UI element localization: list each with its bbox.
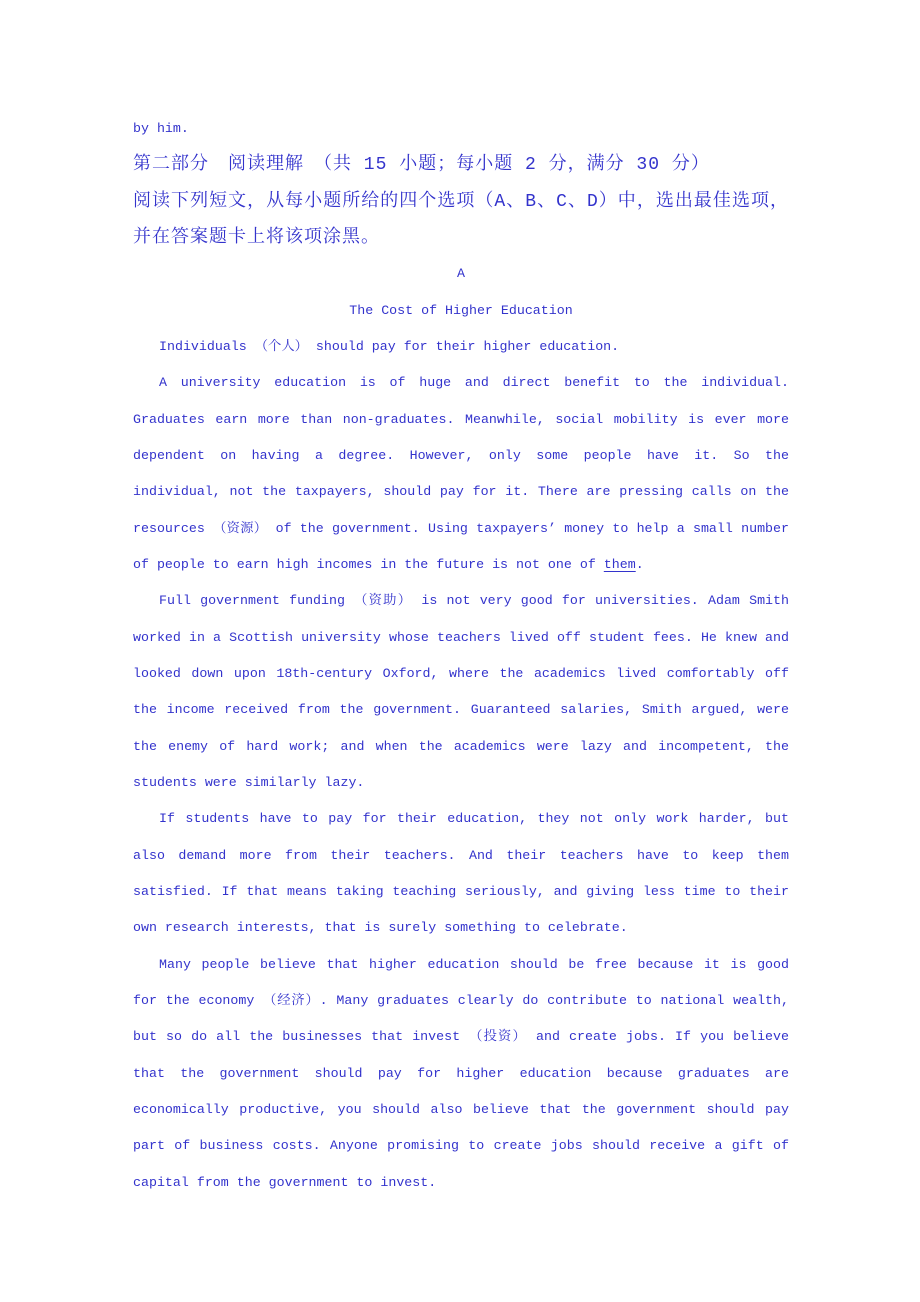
paragraph-individual-benefit-text: A university education is of huge and di… (133, 375, 789, 572)
remnant-sentence-line: by him. (133, 111, 789, 147)
document-content: by him. 第二部分 阅读理解 （共 15 小题；每小题 2 分，满分 30… (133, 111, 789, 1201)
passage-label: A (133, 256, 789, 292)
paragraph-individual-benefit-period: . (636, 557, 644, 572)
paragraph-government-funding: Full government funding （资助） is not very… (133, 583, 789, 801)
exam-document-page: by him. 第二部分 阅读理解 （共 15 小题；每小题 2 分，满分 30… (0, 0, 920, 1302)
underlined-word-them: them (604, 557, 636, 572)
paragraph-students-pay: If students have to pay for their educat… (133, 801, 789, 946)
section-header: 第二部分 阅读理解 （共 15 小题；每小题 2 分，满分 30 分） (133, 147, 789, 183)
passage-title: The Cost of Higher Education (133, 293, 789, 329)
paragraph-individual-benefit: A university education is of huge and di… (133, 365, 789, 583)
section-instructions: 阅读下列短文，从每小题所给的四个选项（A、B、C、D）中，选出最佳选项，并在答案… (133, 184, 789, 257)
paragraph-economy-argument: Many people believe that higher educatio… (133, 947, 789, 1201)
paragraph-thesis: Individuals （个人） should pay for their hi… (133, 329, 789, 365)
